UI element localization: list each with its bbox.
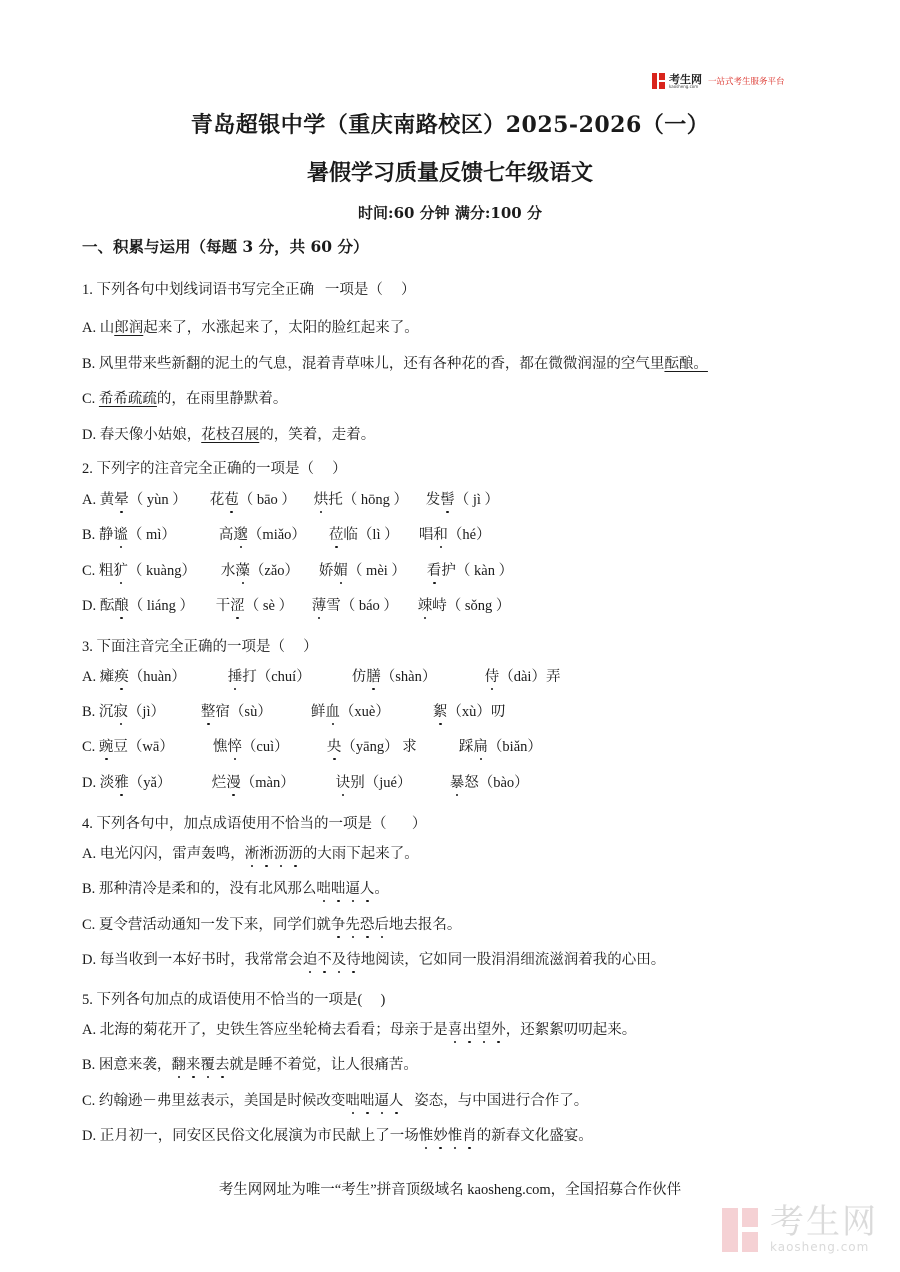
page-subtitle: 暑假学习质量反馈七年级语文 <box>0 156 900 187</box>
question-4-option-a: A. 电光闪闪，雷声轰鸣，淅淅沥沥的大雨下起来了。 <box>82 844 419 864</box>
question-2-stem: 2. 下列字的注音完全正确的一项是（ ） <box>82 459 347 479</box>
question-4-option-d: D. 每当收到一本好书时，我常常会迫不及待地阅读，它如同一股涓涓细流滋润着我的心… <box>82 950 665 970</box>
kaosheng-logo-icon <box>652 73 666 89</box>
question-5-option-c: C. 约翰逊－弗里兹表示，美国是时候改变咄咄逼人 姿态，与中国进行合作了。 <box>82 1091 588 1111</box>
exam-info: 时间:60 分钟 满分:100 分 <box>0 202 900 223</box>
question-1-option-a: A. 山郎润起来了，水涨起来了，太阳的脸红起来了。 <box>82 318 419 338</box>
watermark-cn: 考生网 <box>770 1205 878 1239</box>
question-3-option-b: B. 沉寂（jì）整宿（sù）鲜血（xuè）絮（xù）叨 <box>82 702 505 722</box>
dotted-idiom: 咄咄逼人 <box>345 1093 403 1109</box>
question-5-stem: 5. 下列各句加点的成语使用不恰当的一项是( ) <box>82 990 385 1010</box>
page-title: 青岛超银中学（重庆南路校区）2025-2026（一） <box>0 108 900 139</box>
dotted-idiom: 翻来覆去 <box>171 1057 229 1073</box>
question-5-option-a: A. 北海的菊花开了，史铁生答应坐轮椅去看看；母亲于是喜出望外，还絮絮叨叨起来。 <box>82 1020 636 1040</box>
kaosheng-brand-header: 考生网 kaosheng.com 一站式考生服务平台 <box>652 73 785 89</box>
question-5-option-b: B. 困意来袭，翻来覆去就是睡不着觉，让人很痛苦。 <box>82 1055 418 1075</box>
section-heading: 一、积累与运用（每题 3 分，共 60 分） <box>82 235 368 257</box>
underlined-word: 酝酿。 <box>664 356 708 372</box>
question-3-option-c: C. 豌豆（wā）憔悴（cuì）央（yāng） 求踩扁（biǎn） <box>82 737 542 757</box>
question-3-option-d: D. 淡雅（yǎ）烂漫（màn）诀别（jué）暴怒（bào） <box>82 773 529 793</box>
dotted-idiom: 争先恐后 <box>331 917 389 933</box>
question-3-option-a: A. 瘫痪（huàn）捶打（chuí）仿膳（shàn）侍（dài）弄 <box>82 667 560 687</box>
brand-slogan: 一站式考生服务平台 <box>708 75 785 87</box>
dotted-idiom: 惟妙惟肖 <box>419 1128 477 1144</box>
brand-logo-en: kaosheng.com <box>669 85 702 89</box>
question-5-option-d: D. 正月初一，同安区民俗文化展演为市民献上了一场惟妙惟肖的新春文化盛宴。 <box>82 1126 593 1146</box>
question-4-option-c: C. 夏令营活动通知一发下来，同学们就争先恐后地去报名。 <box>82 915 461 935</box>
question-1-option-d: D. 春天像小姑娘，花枝召展的，笑着，走着。 <box>82 425 375 445</box>
question-1-stem: 1. 下列各句中划线词语书写完全正确 一项是（ ） <box>82 280 416 300</box>
dotted-idiom: 淅淅沥沥 <box>245 846 303 862</box>
underlined-word: 花枝召展 <box>201 427 259 443</box>
underlined-word: 希希疏疏 <box>99 391 157 407</box>
question-1-option-c: C. 希希疏疏的，在雨里静默着。 <box>82 389 287 409</box>
dotted-idiom: 咄咄逼人 <box>316 881 374 897</box>
question-2-option-c: C. 粗犷（ kuàng）水藻（zǎo）娇媚（ mèi ）看护（ kàn ） <box>82 561 513 581</box>
dotted-idiom: 迫不及待 <box>303 952 361 968</box>
question-2-option-a: A. 黄晕（ yùn ）花苞（ bāo ）烘托（ hōng ）发髻（ jì ） <box>82 490 499 510</box>
kaosheng-watermark-logo-icon <box>722 1206 762 1252</box>
watermark-en: kaosheng.com <box>770 1241 878 1253</box>
question-4-stem: 4. 下列各句中，加点成语使用不恰当的一项是（ ） <box>82 814 426 834</box>
question-1-option-b: B. 风里带来些新翻的泥土的气息，混着青草味儿，还有各种花的香，都在微微润湿的空… <box>82 354 708 374</box>
question-3-stem: 3. 下面注音完全正确的一项是（ ） <box>82 637 318 657</box>
footer-text: 考生网网址为唯一“考生”拼音顶级域名 kaosheng.com，全国招募合作伙伴 <box>0 1178 900 1199</box>
question-2-option-d: D. 酝酿（ liáng ）干涩（ sè ）薄雪（ báo ）竦峙（ sǒng … <box>82 596 510 616</box>
underlined-word: 郎润 <box>114 320 143 336</box>
kaosheng-watermark: 考生网 kaosheng.com <box>722 1205 878 1253</box>
question-4-option-b: B. 那种清冷是柔和的，没有北风那么咄咄逼人。 <box>82 879 389 899</box>
dotted-idiom: 喜出望外 <box>448 1022 506 1038</box>
brand-logo-cn: 考生网 <box>669 74 702 85</box>
question-2-option-b: B. 静谧（ mì）高邈（miǎo）莅临（lì ）唱和（hé） <box>82 525 491 545</box>
